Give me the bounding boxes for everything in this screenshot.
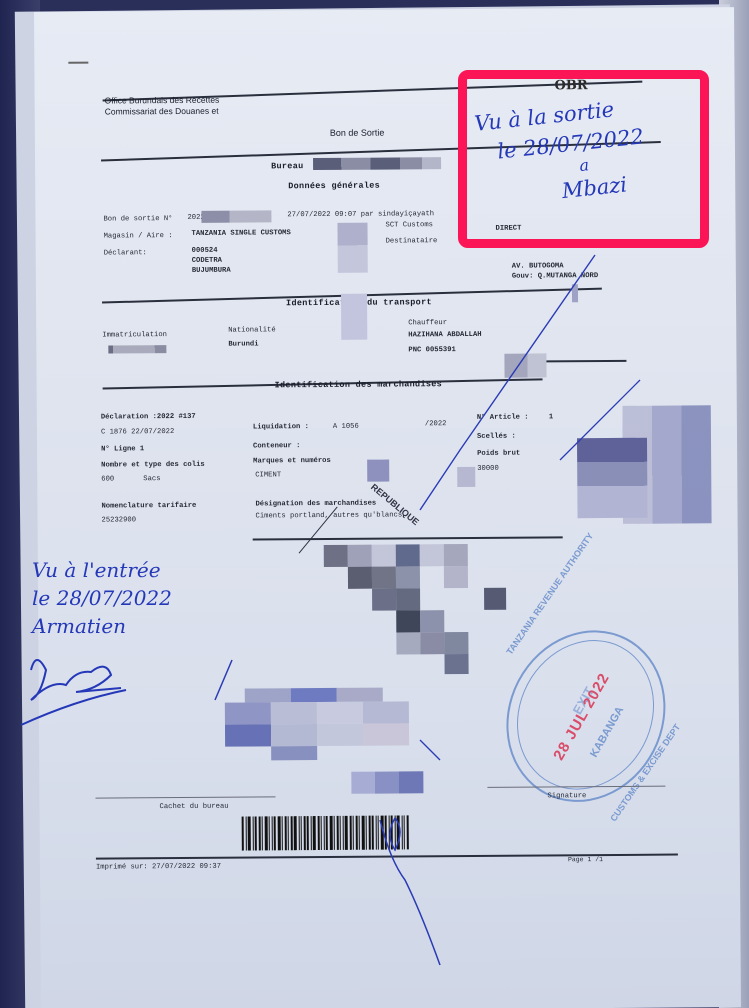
- highlight-box: [458, 70, 709, 248]
